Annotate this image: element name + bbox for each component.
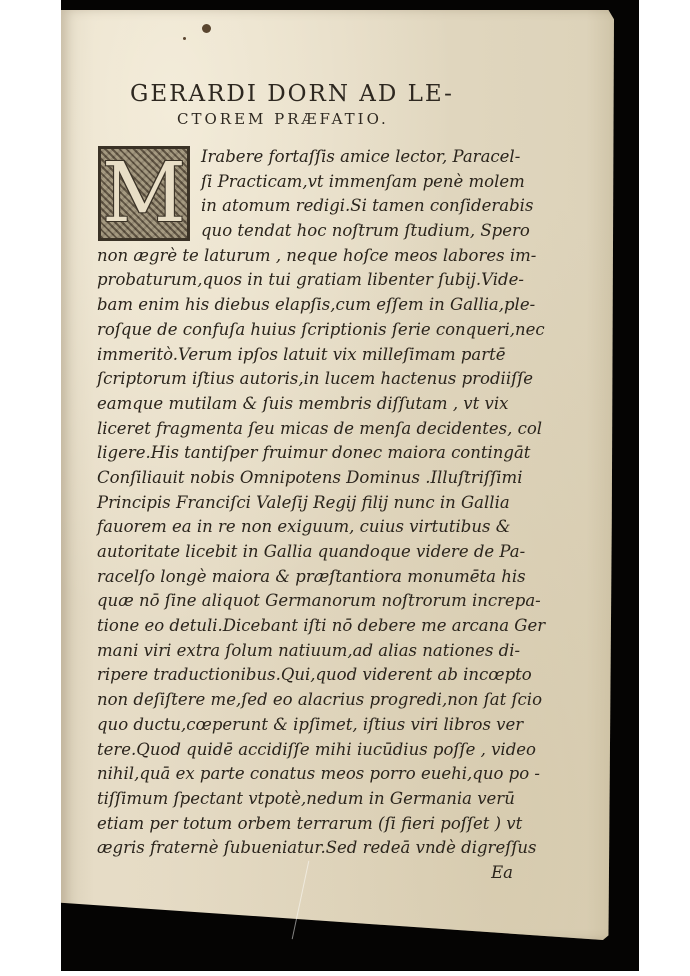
title-line-1: GERARDI DORN AD LE-	[130, 80, 490, 108]
text-line: immeritò.Verum ipſos latuit vix milleſim…	[97, 343, 517, 368]
text-line: Conſiliauit nobis Omnipotens Dominus .Il…	[97, 466, 517, 491]
text-line: eamque mutilam & ſuis membris diſſutam ,…	[97, 392, 517, 417]
text-line: quo ductu,cœperunt & ipſimet, iſtius vir…	[97, 713, 517, 738]
preface-body: Irabere fortaſſis amice lector, Paracel-…	[97, 145, 517, 886]
text-line: quæ nō ſine aliquot Germanorum noſtrorum…	[97, 589, 517, 614]
text-line: tione eo detuli.Dicebant iſti nō debere …	[97, 614, 517, 639]
text-line: Irabere fortaſſis amice lector, Paracel-	[97, 145, 517, 170]
text-line: non deſiſtere me,ſed eo alacrius progred…	[97, 688, 517, 713]
text-line: quo tendat hoc noſtrum ſtudium, Spero	[97, 219, 517, 244]
text-line: non ægrè te laturum , neque hoſce meos l…	[97, 244, 517, 269]
text-line: probaturum,quos in tui gratiam libenter …	[97, 268, 517, 293]
text-line: mani viri extra ſolum natiuum,ad alias n…	[97, 639, 517, 664]
text-line: fauorem ea in re non exiguum, cuius virt…	[97, 515, 517, 540]
ink-blot	[202, 24, 211, 33]
text-line: roſque de confuſa huius ſcriptionis ſeri…	[97, 318, 517, 343]
text-line: autoritate licebit in Gallia quandoque v…	[97, 540, 517, 565]
text-line: tere.Quod quidē accidiſſe mihi iucūdius …	[97, 738, 517, 763]
text-line: ſcriptorum iſtius autoris,in lucem hacte…	[97, 367, 517, 392]
text-line: Principis Franciſci Valeſij Regij filij …	[97, 491, 517, 516]
text-line: ægris fraternè ſubueniatur.Sed redeā vnd…	[97, 836, 517, 861]
text-line: liceret fragmenta ſeu micas de menſa dec…	[97, 417, 517, 442]
text-line: ligere.His tantiſper fruimur donec maior…	[97, 441, 517, 466]
text-line: nihil,quā ex parte conatus meos porro eu…	[97, 762, 517, 787]
text-line: racelſo longè maiora & præſtantiora monu…	[97, 565, 517, 590]
text-line: ripere traductionibus.Qui,quod viderent …	[97, 663, 517, 688]
page-title: GERARDI DORN AD LE- CTOREM PRÆFATIO.	[130, 80, 490, 130]
text-line: ſi Practicam,vt immenſam penè molem	[97, 170, 517, 195]
text-line: bam enim his diebus elapſis,cum eſſem in…	[97, 293, 517, 318]
text-line: etiam per totum orbem terrarum (ſi fieri…	[97, 812, 517, 837]
text-line: tiſſimum ſpectant vtpotè,nedum in German…	[97, 787, 517, 812]
text-line: in atomum redigi.Si tamen conſiderabis	[97, 194, 517, 219]
title-line-2: CTOREM PRÆFATIO.	[177, 108, 490, 130]
ink-speck	[183, 37, 186, 40]
